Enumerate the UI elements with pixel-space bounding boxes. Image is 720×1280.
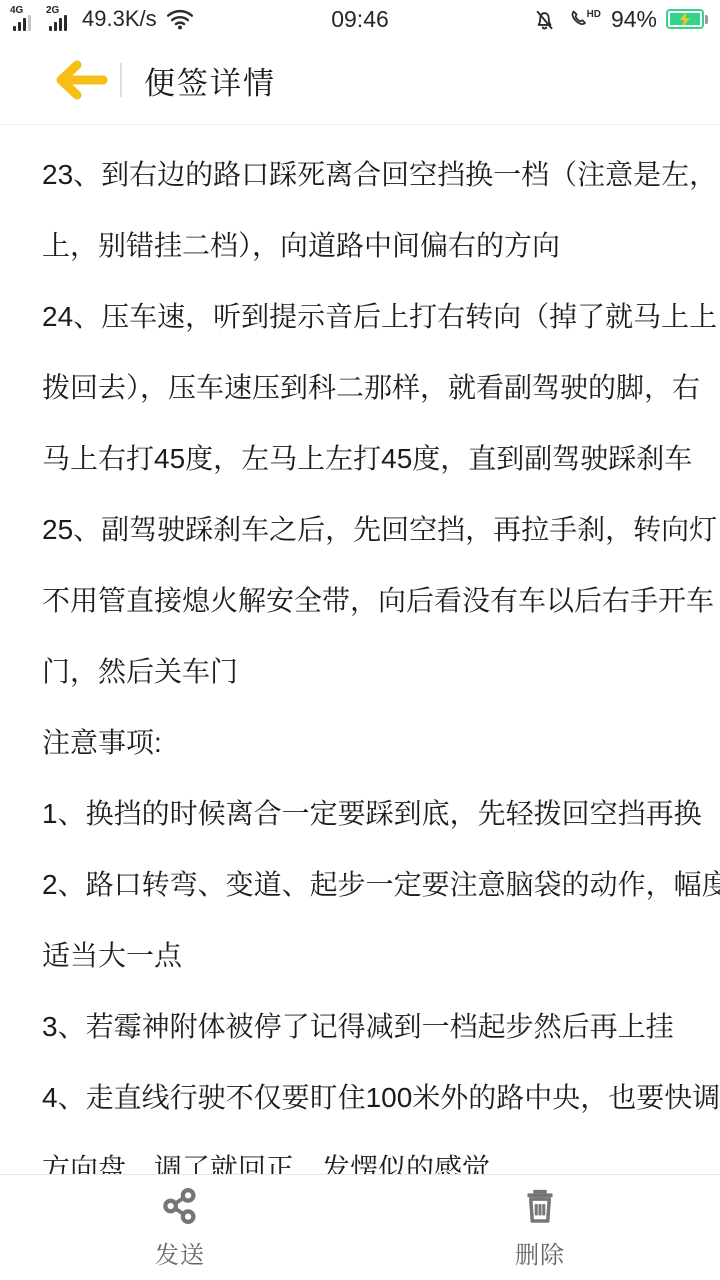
clock: 09:46 [331, 6, 389, 33]
bell-muted-icon [532, 7, 557, 32]
trash-icon [520, 1186, 560, 1226]
phone-hd-icon: HD [566, 7, 602, 32]
delete-label: 删除 [515, 1235, 565, 1270]
delete-button[interactable]: 删除 [360, 1175, 720, 1280]
status-bar: 4G 2G 49.3K/s 09:46 HD 94% [0, 0, 720, 36]
note-line: 马上右打45度，左马上左打45度，直到副驾驶踩刹车 [42, 423, 678, 494]
note-line: 适当大一点 [42, 920, 678, 991]
svg-text:HD: HD [587, 8, 601, 19]
back-arrow-icon [54, 58, 110, 102]
signal-sim1-icon: 4G [10, 6, 37, 33]
note-line: 上，别错挂二档），向道路中间偏右的方向 [42, 210, 678, 281]
header-divider [120, 63, 122, 97]
status-right: HD 94% [532, 6, 708, 33]
send-button[interactable]: 发送 [0, 1175, 360, 1280]
status-left: 4G 2G 49.3K/s [10, 6, 194, 33]
battery-percent: 94% [611, 6, 657, 33]
battery-charging-icon [666, 9, 708, 29]
charging-bolt-icon [679, 12, 691, 27]
network-speed: 49.3K/s [82, 6, 157, 32]
signal-sim2-icon: 2G [46, 6, 73, 33]
bottom-action-bar: 发送 删除 [0, 1174, 720, 1280]
note-line: 23、到右边的路口踩死离合回空挡换一档（注意是左， [42, 139, 678, 210]
note-line: 门，然后关车门 [42, 636, 678, 707]
note-line: 注意事项: [42, 707, 678, 778]
note-line: 24、压车速，听到提示音后上打右转向（掉了就马上上 [42, 281, 678, 352]
note-line: 不用管直接熄火解安全带，向后看没有车以后右手开车 [42, 565, 678, 636]
note-line: 3、若霉神附体被停了记得减到一档起步然后再上挂 [42, 991, 678, 1062]
note-line: 25、副驾驶踩刹车之后，先回空挡，再拉手刹，转向灯 [42, 494, 678, 565]
note-content: 23、到右边的路口踩死离合回空挡换一档（注意是左，上，别错挂二档），向道路中间偏… [0, 125, 720, 1204]
share-icon [160, 1186, 200, 1226]
note-line: 2、路口转弯、变道、起步一定要注意脑袋的动作，幅度 [42, 849, 678, 920]
note-line: 拨回去），压车速压到科二那样，就看副驾驶的脚，右 [42, 352, 678, 423]
note-line: 1、换挡的时候离合一定要踩到底，先轻拨回空挡再换 [42, 778, 678, 849]
header: 便签详情 [0, 36, 720, 125]
send-label: 发送 [155, 1235, 205, 1270]
note-line: 4、走直线行驶不仅要盯住100米外的路中央，也要快调 [42, 1062, 678, 1133]
page-title: 便签详情 [144, 58, 276, 103]
back-button[interactable] [54, 55, 112, 105]
wifi-icon [166, 8, 194, 30]
